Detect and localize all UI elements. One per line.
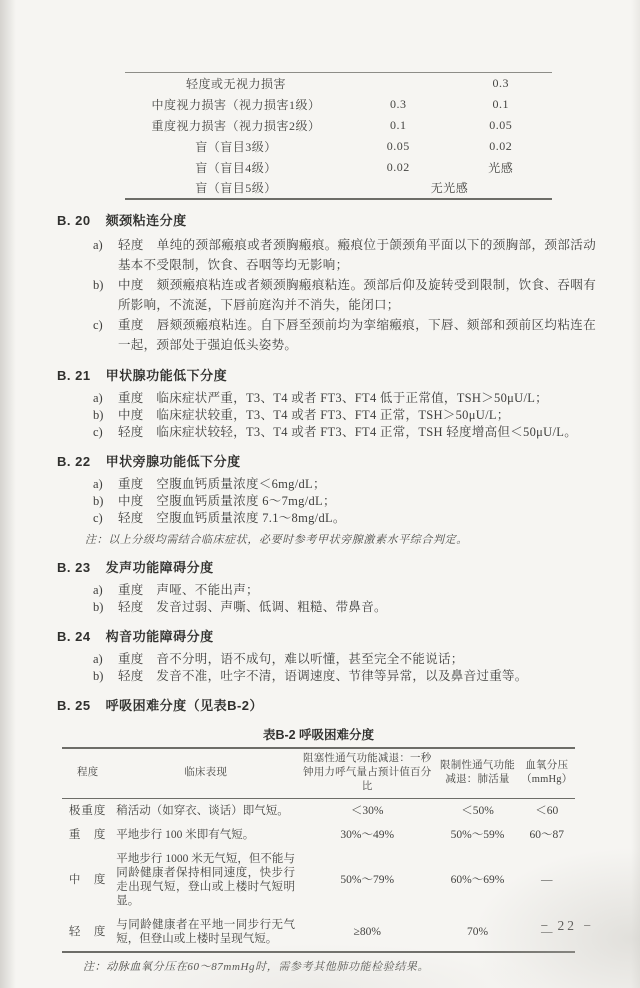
degree-cell: 重 度 <box>62 823 113 847</box>
section-title: 发声功能障碍分度 <box>106 560 214 575</box>
item-text: 中度 空腹血钙质量浓度 6～7mg/dL； <box>118 493 596 510</box>
document-body: B. 20颏颈粘连分度 a) 轻度 单纯的颈部瘢痕或者颈胸瘢痕。瘢痕位于颌颈角平… <box>0 212 640 974</box>
value-cell-2: 光感 <box>450 157 552 178</box>
table-header-row: 程度 临床表现 阻塞性通气功能减退：一秒钟用力呼气量占预计值百分比 限制性通气功… <box>62 748 575 799</box>
section-b25: B. 25呼吸困难分度（见表B-2） <box>57 697 596 715</box>
list-item: b) 中度 颏颈瘢痕粘连或者颏颈胸瘢痕粘连。颈部后仰及旋转受到限制，饮食、吞咽有… <box>57 275 596 315</box>
item-marker: b) <box>93 407 118 424</box>
item-text: 轻度 单纯的颈部瘢痕或者颈胸瘢痕。瘢痕位于颌颈角平面以下的颈胸部，颈部活动基本不… <box>118 235 596 275</box>
item-text: 重度 声哑、不能出声； <box>118 582 596 599</box>
fev1-cell: 30%～49% <box>298 823 437 847</box>
section-title: 呼吸困难分度（见表B-2） <box>106 698 263 713</box>
table-row: 盲（盲目4级） 0.02 光感 <box>125 157 552 178</box>
value-cell-1: 0.1 <box>347 115 449 136</box>
table-row: 盲（盲目3级） 0.05 0.02 <box>125 136 552 157</box>
list-item: a) 重度 临床症状严重，T3、T4 或者 FT3、FT4 低于正常值，TSH＞… <box>57 390 596 407</box>
section-b22: B. 22甲状旁腺功能低下分度 a) 重度 空腹血钙质量浓度＜6mg/dL； b… <box>57 453 596 547</box>
degree-cell: 轻 度 <box>62 913 113 952</box>
list-item: b) 轻度 发音不准，吐字不清，语调速度、节律等异常，以及鼻音过重等。 <box>57 668 596 685</box>
section-number: B. 23 <box>57 560 91 575</box>
section-note: 注：以上分级均需结合临床症状，必要时参考甲状旁腺激素水平综合判定。 <box>85 531 596 547</box>
section-number: B. 20 <box>57 213 91 228</box>
item-text: 轻度 发音不准，吐字不清，语调速度、节律等异常，以及鼻音过重等。 <box>118 668 596 685</box>
fev1-cell: 50%～79% <box>298 847 437 913</box>
fev1-cell: ≥80% <box>298 913 437 952</box>
section-number: B. 21 <box>57 368 91 383</box>
section-heading: B. 20颏颈粘连分度 <box>57 212 596 230</box>
header-clinical: 临床表现 <box>113 748 298 799</box>
table-row: 中度视力损害（视力损害1级） 0.3 0.1 <box>125 94 552 115</box>
po2-cell: — <box>519 847 575 913</box>
list-item: a) 重度 空腹血钙质量浓度＜6mg/dL； <box>57 476 596 493</box>
section-title: 甲状腺功能低下分度 <box>106 368 228 383</box>
list-item: b) 中度 空腹血钙质量浓度 6～7mg/dL； <box>57 493 596 510</box>
list-item: c) 轻度 临床症状较轻，T3、T4 或者 FT3、FT4 正常，TSH 轻度增… <box>57 424 596 441</box>
po2-cell: 60～87 <box>519 823 575 847</box>
list-item: b) 轻度 发音过弱、声嘶、低调、粗糙、带鼻音。 <box>57 599 596 616</box>
table-row: 极重度 稍活动（如穿衣、谈话）即气短。 ＜30% ＜50% ＜60 <box>62 798 575 823</box>
item-marker: a) <box>93 476 118 493</box>
value-cell-2: 0.05 <box>450 115 552 136</box>
grade-label-cell: 轻度或无视力损害 <box>125 73 347 94</box>
table-row: 盲（盲目5级） 无光感 <box>125 178 552 199</box>
table-row: 轻度或无视力损害 0.3 <box>125 73 552 94</box>
section-heading: B. 24构音功能障碍分度 <box>57 628 596 646</box>
list-item: c) 轻度 空腹血钙质量浓度 7.1～8mg/dL。 <box>57 510 596 527</box>
section-heading: B. 23发声功能障碍分度 <box>57 559 596 577</box>
po2-cell: ＜60 <box>519 798 575 823</box>
grade-label-cell: 盲（盲目5级） <box>125 178 347 199</box>
degree-cell: 中 度 <box>62 847 113 913</box>
item-marker: c) <box>93 424 118 441</box>
section-number: B. 25 <box>57 698 91 713</box>
section-title: 构音功能障碍分度 <box>106 629 214 644</box>
value-cell-span: 无光感 <box>347 178 552 199</box>
section-b24: B. 24构音功能障碍分度 a) 重度 音不分明，语不成句，难以听懂，甚至完全不… <box>57 628 596 685</box>
grade-label-cell: 盲（盲目4级） <box>125 157 347 178</box>
item-text: 重度 空腹血钙质量浓度＜6mg/dL； <box>118 476 596 493</box>
item-text: 轻度 临床症状较轻，T3、T4 或者 FT3、FT4 正常，TSH 轻度增高但＜… <box>118 424 596 441</box>
vc-cell: ＜50% <box>436 798 518 823</box>
breath-difficulty-table: 程度 临床表现 阻塞性通气功能减退：一秒钟用力呼气量占预计值百分比 限制性通气功… <box>62 747 575 953</box>
vc-cell: 60%～69% <box>436 847 518 913</box>
section-title: 颏颈粘连分度 <box>106 213 187 228</box>
list-item: a) 重度 音不分明，语不成句，难以听懂，甚至完全不能说话； <box>57 651 596 668</box>
clinical-cell: 平地步行 100 米即有气短。 <box>113 823 298 847</box>
header-fev1: 阻塞性通气功能减退：一秒钟用力呼气量占预计值百分比 <box>298 748 437 799</box>
header-degree: 程度 <box>62 748 113 799</box>
value-cell-1: 0.05 <box>347 136 449 157</box>
section-b20: B. 20颏颈粘连分度 a) 轻度 单纯的颈部瘢痕或者颈胸瘢痕。瘢痕位于颌颈角平… <box>57 212 596 355</box>
section-heading: B. 25呼吸困难分度（见表B-2） <box>57 697 596 715</box>
value-cell-1: 0.3 <box>347 94 449 115</box>
item-text: 重度 音不分明，语不成句，难以听懂，甚至完全不能说话； <box>118 651 596 668</box>
vc-cell: 50%～59% <box>436 823 518 847</box>
section-heading: B. 22甲状旁腺功能低下分度 <box>57 453 596 471</box>
section-b21: B. 21甲状腺功能低下分度 a) 重度 临床症状严重，T3、T4 或者 FT3… <box>57 367 596 441</box>
value-cell-2: 0.3 <box>450 73 552 94</box>
item-text: 轻度 发音过弱、声嘶、低调、粗糙、带鼻音。 <box>118 599 596 616</box>
table-note: 注：动脉血氧分压在60～87mmHg时，需参考其他肺功能检验结果。 <box>83 958 596 974</box>
table-row: 轻 度 与同龄健康者在平地一同步行无气短，但登山或上楼时呈现气短。 ≥80% 7… <box>62 913 575 952</box>
list-item: c) 重度 唇颏颈瘢痕粘连。自下唇至颈前均为挛缩瘢痕，下唇、颏部和颈前区均粘连在… <box>57 315 596 355</box>
item-marker: a) <box>93 235 118 275</box>
value-cell-1: 0.02 <box>347 157 449 178</box>
grade-label-cell: 重度视力损害（视力损害2级） <box>125 115 347 136</box>
item-marker: c) <box>93 510 118 527</box>
section-b23: B. 23发声功能障碍分度 a) 重度 声哑、不能出声； b) 轻度 发音过弱、… <box>57 559 596 616</box>
table-b2-title: 表B-2 呼吸困难分度 <box>62 725 575 743</box>
vc-cell: 70% <box>436 913 518 952</box>
item-text: 中度 颏颈瘢痕粘连或者颏颈胸瘢痕粘连。颈部后仰及旋转受到限制，饮食、吞咽有所影响… <box>118 275 596 315</box>
item-text: 重度 唇颏颈瘢痕粘连。自下唇至颈前均为挛缩瘢痕，下唇、颏部和颈前区均粘连在一起，… <box>118 315 596 355</box>
section-title: 甲状旁腺功能低下分度 <box>106 454 241 469</box>
clinical-cell: 与同龄健康者在平地一同步行无气短，但登山或上楼时呈现气短。 <box>113 913 298 952</box>
item-marker: a) <box>93 582 118 599</box>
item-text: 重度 临床症状严重，T3、T4 或者 FT3、FT4 低于正常值，TSH＞50μ… <box>118 390 596 407</box>
degree-cell: 极重度 <box>62 798 113 823</box>
list-item: a) 轻度 单纯的颈部瘢痕或者颈胸瘢痕。瘢痕位于颌颈角平面以下的颈胸部，颈部活动… <box>57 235 596 275</box>
list-item: a) 重度 声哑、不能出声； <box>57 582 596 599</box>
grade-label-cell: 中度视力损害（视力损害1级） <box>125 94 347 115</box>
table-row: 重度视力损害（视力损害2级） 0.1 0.05 <box>125 115 552 136</box>
header-vital-capacity: 限制性通气功能减退：肺活量 <box>436 748 518 799</box>
section-number: B. 24 <box>57 629 91 644</box>
page-number: − 22 − <box>541 918 594 934</box>
clinical-cell: 稍活动（如穿衣、谈话）即气短。 <box>113 798 298 823</box>
fev1-cell: ＜30% <box>298 798 437 823</box>
item-marker: c) <box>93 315 118 355</box>
grade-label-cell: 盲（盲目3级） <box>125 136 347 157</box>
item-marker: a) <box>93 390 118 407</box>
item-marker: b) <box>93 599 118 616</box>
section-number: B. 22 <box>57 454 91 469</box>
value-cell-2: 0.02 <box>450 136 552 157</box>
item-marker: b) <box>93 493 118 510</box>
item-marker: a) <box>93 651 118 668</box>
table-row: 重 度 平地步行 100 米即有气短。 30%～49% 50%～59% 60～8… <box>62 823 575 847</box>
item-marker: b) <box>93 668 118 685</box>
header-blood-oxygen: 血氧分压（mmHg） <box>519 748 575 799</box>
table-row: 中 度 平地步行 1000 米无气短，但不能与同龄健康者保持相同速度，快步行走出… <box>62 847 575 913</box>
section-heading: B. 21甲状腺功能低下分度 <box>57 367 596 385</box>
clinical-cell: 平地步行 1000 米无气短，但不能与同龄健康者保持相同速度，快步行走出现气短，… <box>113 847 298 913</box>
item-text: 轻度 空腹血钙质量浓度 7.1～8mg/dL。 <box>118 510 596 527</box>
value-cell-1 <box>347 73 449 94</box>
item-text: 中度 临床症状较重，T3、T4 或者 FT3、FT4 正常，TSH＞50μU/L… <box>118 407 596 424</box>
value-cell-2: 0.1 <box>450 94 552 115</box>
list-item: b) 中度 临床症状较重，T3、T4 或者 FT3、FT4 正常，TSH＞50μ… <box>57 407 596 424</box>
vision-grade-table: 轻度或无视力损害 0.3 中度视力损害（视力损害1级） 0.3 0.1 重度视力… <box>125 72 552 200</box>
item-marker: b) <box>93 275 118 315</box>
